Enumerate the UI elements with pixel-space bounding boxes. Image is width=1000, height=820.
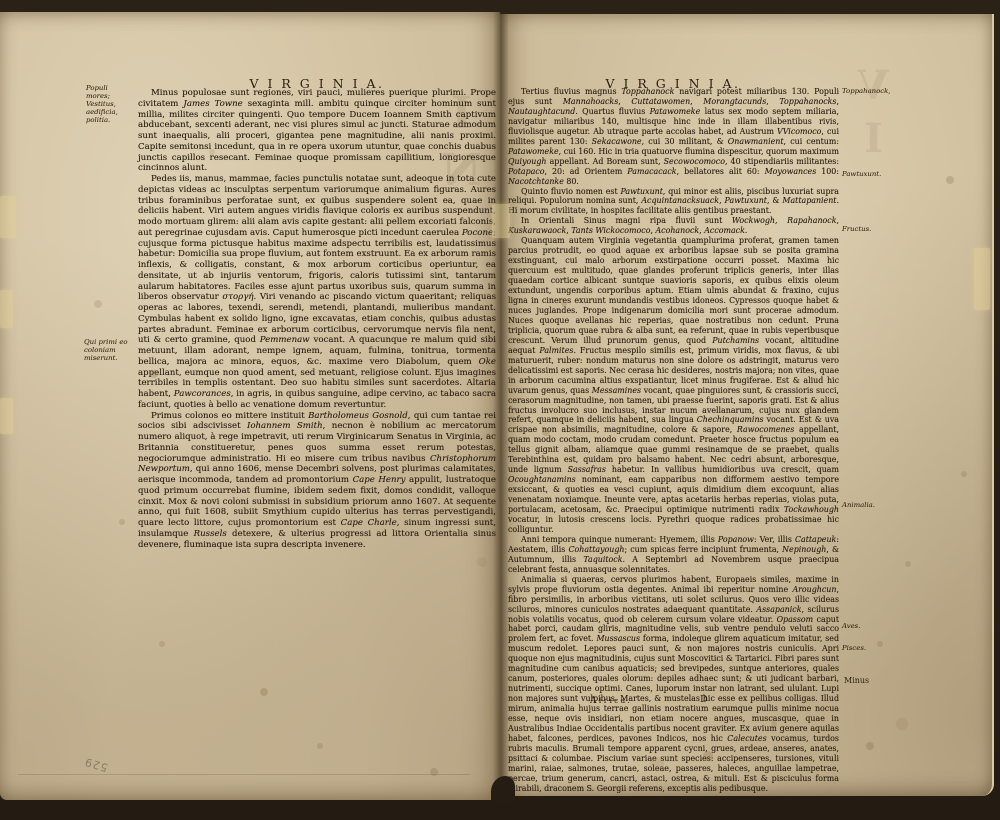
crease-line — [18, 774, 470, 775]
tape-repair — [492, 204, 510, 238]
catchword: Minus — [844, 676, 869, 685]
margin-note: Populi mores; Vestitus, aedificia, polit… — [86, 84, 133, 124]
tape-repair — [0, 290, 13, 328]
margin-note: Animalia. — [842, 501, 898, 509]
margin-note: Pawtuxunt. — [842, 170, 898, 178]
pencil-number: 529 — [83, 755, 110, 774]
paragraph: Anni tempora quinque numerant: Hyemem, i… — [508, 535, 839, 575]
signature-letter: D — [700, 694, 708, 705]
signature-title: Africa. — [590, 696, 632, 706]
body-text: Minus populosae sunt regiones, viri pauc… — [138, 88, 496, 550]
margin-note: Qui primi eo coloniam miserunt. — [84, 338, 131, 362]
paragraph: Quinto fluvio nomen est Pawtuxunt, qui m… — [508, 187, 839, 217]
margin-note: Toppahanock, — [842, 87, 898, 95]
paragraph: Quanquam autem Virginia vegetantia quamp… — [508, 236, 839, 535]
right-page: VI V I R G I N I A. Toppahanock, Pawtuxu… — [500, 14, 994, 796]
stain-spots — [0, 0, 4, 4]
paragraph: Tertius fluvius magnus Toppahanock navig… — [508, 87, 839, 187]
tape-repair — [0, 196, 16, 238]
gutter-tear — [491, 776, 515, 802]
margin-note: Fructus. — [842, 225, 898, 233]
tape-repair — [974, 248, 990, 310]
show-through-text: VI — [850, 62, 897, 168]
paragraph: Primus colonos eo mittere instituit Bart… — [138, 411, 496, 551]
scanned-book-spread: IN V I R G I N I A. Populi mores; Vestit… — [0, 0, 1000, 820]
margin-note: Aves. — [842, 622, 898, 630]
body-text: Tertius fluvius magnus Toppahanock navig… — [508, 87, 839, 794]
paragraph: Minus populosae sunt regiones, viri pauc… — [138, 88, 496, 174]
tape-repair — [0, 398, 13, 434]
gutter-fold — [493, 12, 508, 802]
paragraph: Animalia si quaeras, cervos plurimos hab… — [508, 575, 839, 794]
margin-note: Pisces. — [842, 644, 898, 652]
left-page: IN V I R G I N I A. Populi mores; Vestit… — [0, 12, 500, 800]
paragraph: Pedes iis, manus, mammae, facies punctul… — [138, 174, 496, 411]
paragraph: In Orientali Sinus magni ripa fluvii sun… — [508, 216, 839, 236]
